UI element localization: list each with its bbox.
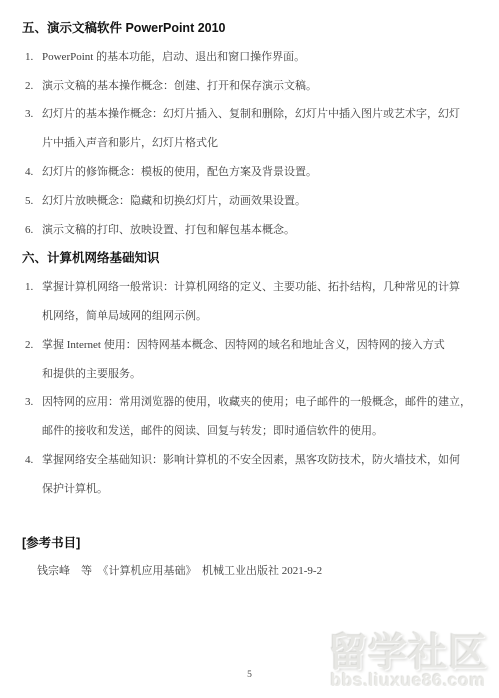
list-item-number: 5. — [22, 187, 42, 216]
section-heading-6: 六、计算机网络基础知识 — [22, 244, 482, 273]
list-item-text-line: 掌握 Internet 使用：因特网基本概念、因特网的域名和地址含义，因特网的接… — [42, 331, 482, 360]
reference-heading: [参考书目] — [22, 529, 482, 558]
reference-entry: 钱宗峰 等 《计算机应用基础》 机械工业出版社 2021-9-2 — [22, 557, 482, 586]
list-item-number: 1. — [22, 273, 42, 302]
list-item-number: 4. — [22, 158, 42, 187]
list-item-text-line: 幻灯片的修饰概念：模板的使用，配色方案及背景设置。 — [42, 158, 482, 187]
list-item-text-line: 邮件的接收和发送，邮件的阅读、回复与转发；即时通信软件的使用。 — [42, 417, 482, 446]
list-item-number: 2. — [22, 72, 42, 101]
list-item-number: 1. — [22, 43, 42, 72]
list-item-number: 2. — [22, 331, 42, 360]
list-item: 1. 掌握计算机网络一般常识：计算机网络的定义、主要功能、拓扑结构，几种常见的计… — [22, 273, 482, 331]
list-item-text-line: 演示文稿的打印、放映设置、打包和解包基本概念。 — [42, 216, 482, 245]
list-item: 2. 演示文稿的基本操作概念：创建、打开和保存演示文稿。 — [22, 72, 482, 101]
list-item: 5. 幻灯片放映概念：隐藏和切换幻灯片，动画效果设置。 — [22, 187, 482, 216]
list-item-text-line: 幻灯片的基本操作概念：幻灯片插入、复制和删除，幻灯片中插入图片或艺术字，幻灯 — [42, 100, 482, 129]
list-item-number: 3. — [22, 388, 42, 417]
document-content: 五、演示文稿软件 PowerPoint 2010 1. PowerPoint 的… — [22, 14, 482, 586]
list-item-number: 3. — [22, 100, 42, 129]
section-heading-5: 五、演示文稿软件 PowerPoint 2010 — [22, 14, 482, 43]
list-item-text-line: 掌握计算机网络一般常识：计算机网络的定义、主要功能、拓扑结构，几种常见的计算 — [42, 273, 482, 302]
list-item-text-line: 保护计算机。 — [42, 475, 482, 504]
watermark: 留学社区 bbs.liuxue86.com — [328, 634, 488, 690]
list-item-number: 4. — [22, 446, 42, 475]
list-item-text-line: 掌握网络安全基础知识：影响计算机的不安全因素，黑客攻防技术，防火墙技术，如何 — [42, 446, 482, 475]
list-item-text-line: 幻灯片放映概念：隐藏和切换幻灯片，动画效果设置。 — [42, 187, 482, 216]
list-item-text-line: 机网络，简单局域网的组网示例。 — [42, 302, 482, 331]
list-item: 4. 掌握网络安全基础知识：影响计算机的不安全因素，黑客攻防技术，防火墙技术，如… — [22, 446, 482, 504]
list-item: 3. 幻灯片的基本操作概念：幻灯片插入、复制和删除，幻灯片中插入图片或艺术字，幻… — [22, 100, 482, 158]
list-item-text-line: 演示文稿的基本操作概念：创建、打开和保存演示文稿。 — [42, 72, 482, 101]
page-number: 5 — [0, 670, 499, 680]
list-item: 1. PowerPoint 的基本功能，启动、退出和窗口操作界面。 — [22, 43, 482, 72]
list-item: 6. 演示文稿的打印、放映设置、打包和解包基本概念。 — [22, 216, 482, 245]
watermark-title: 留学社区 — [328, 634, 488, 673]
list-item-text-line: PowerPoint 的基本功能，启动、退出和窗口操作界面。 — [42, 43, 482, 72]
list-item-number: 6. — [22, 216, 42, 245]
list-item-text-line: 片中插入声音和影片，幻灯片格式化 — [42, 129, 482, 158]
list-item: 2. 掌握 Internet 使用：因特网基本概念、因特网的域名和地址含义，因特… — [22, 331, 482, 389]
list-item-text-line: 因特网的应用：常用浏览器的使用，收藏夹的使用；电子邮件的一般概念，邮件的建立， — [42, 388, 482, 417]
list-item: 3. 因特网的应用：常用浏览器的使用，收藏夹的使用；电子邮件的一般概念，邮件的建… — [22, 388, 482, 446]
list-item: 4. 幻灯片的修饰概念：模板的使用，配色方案及背景设置。 — [22, 158, 482, 187]
list-item-text-line: 和提供的主要服务。 — [42, 360, 482, 389]
document-page: 五、演示文稿软件 PowerPoint 2010 1. PowerPoint 的… — [0, 0, 499, 698]
